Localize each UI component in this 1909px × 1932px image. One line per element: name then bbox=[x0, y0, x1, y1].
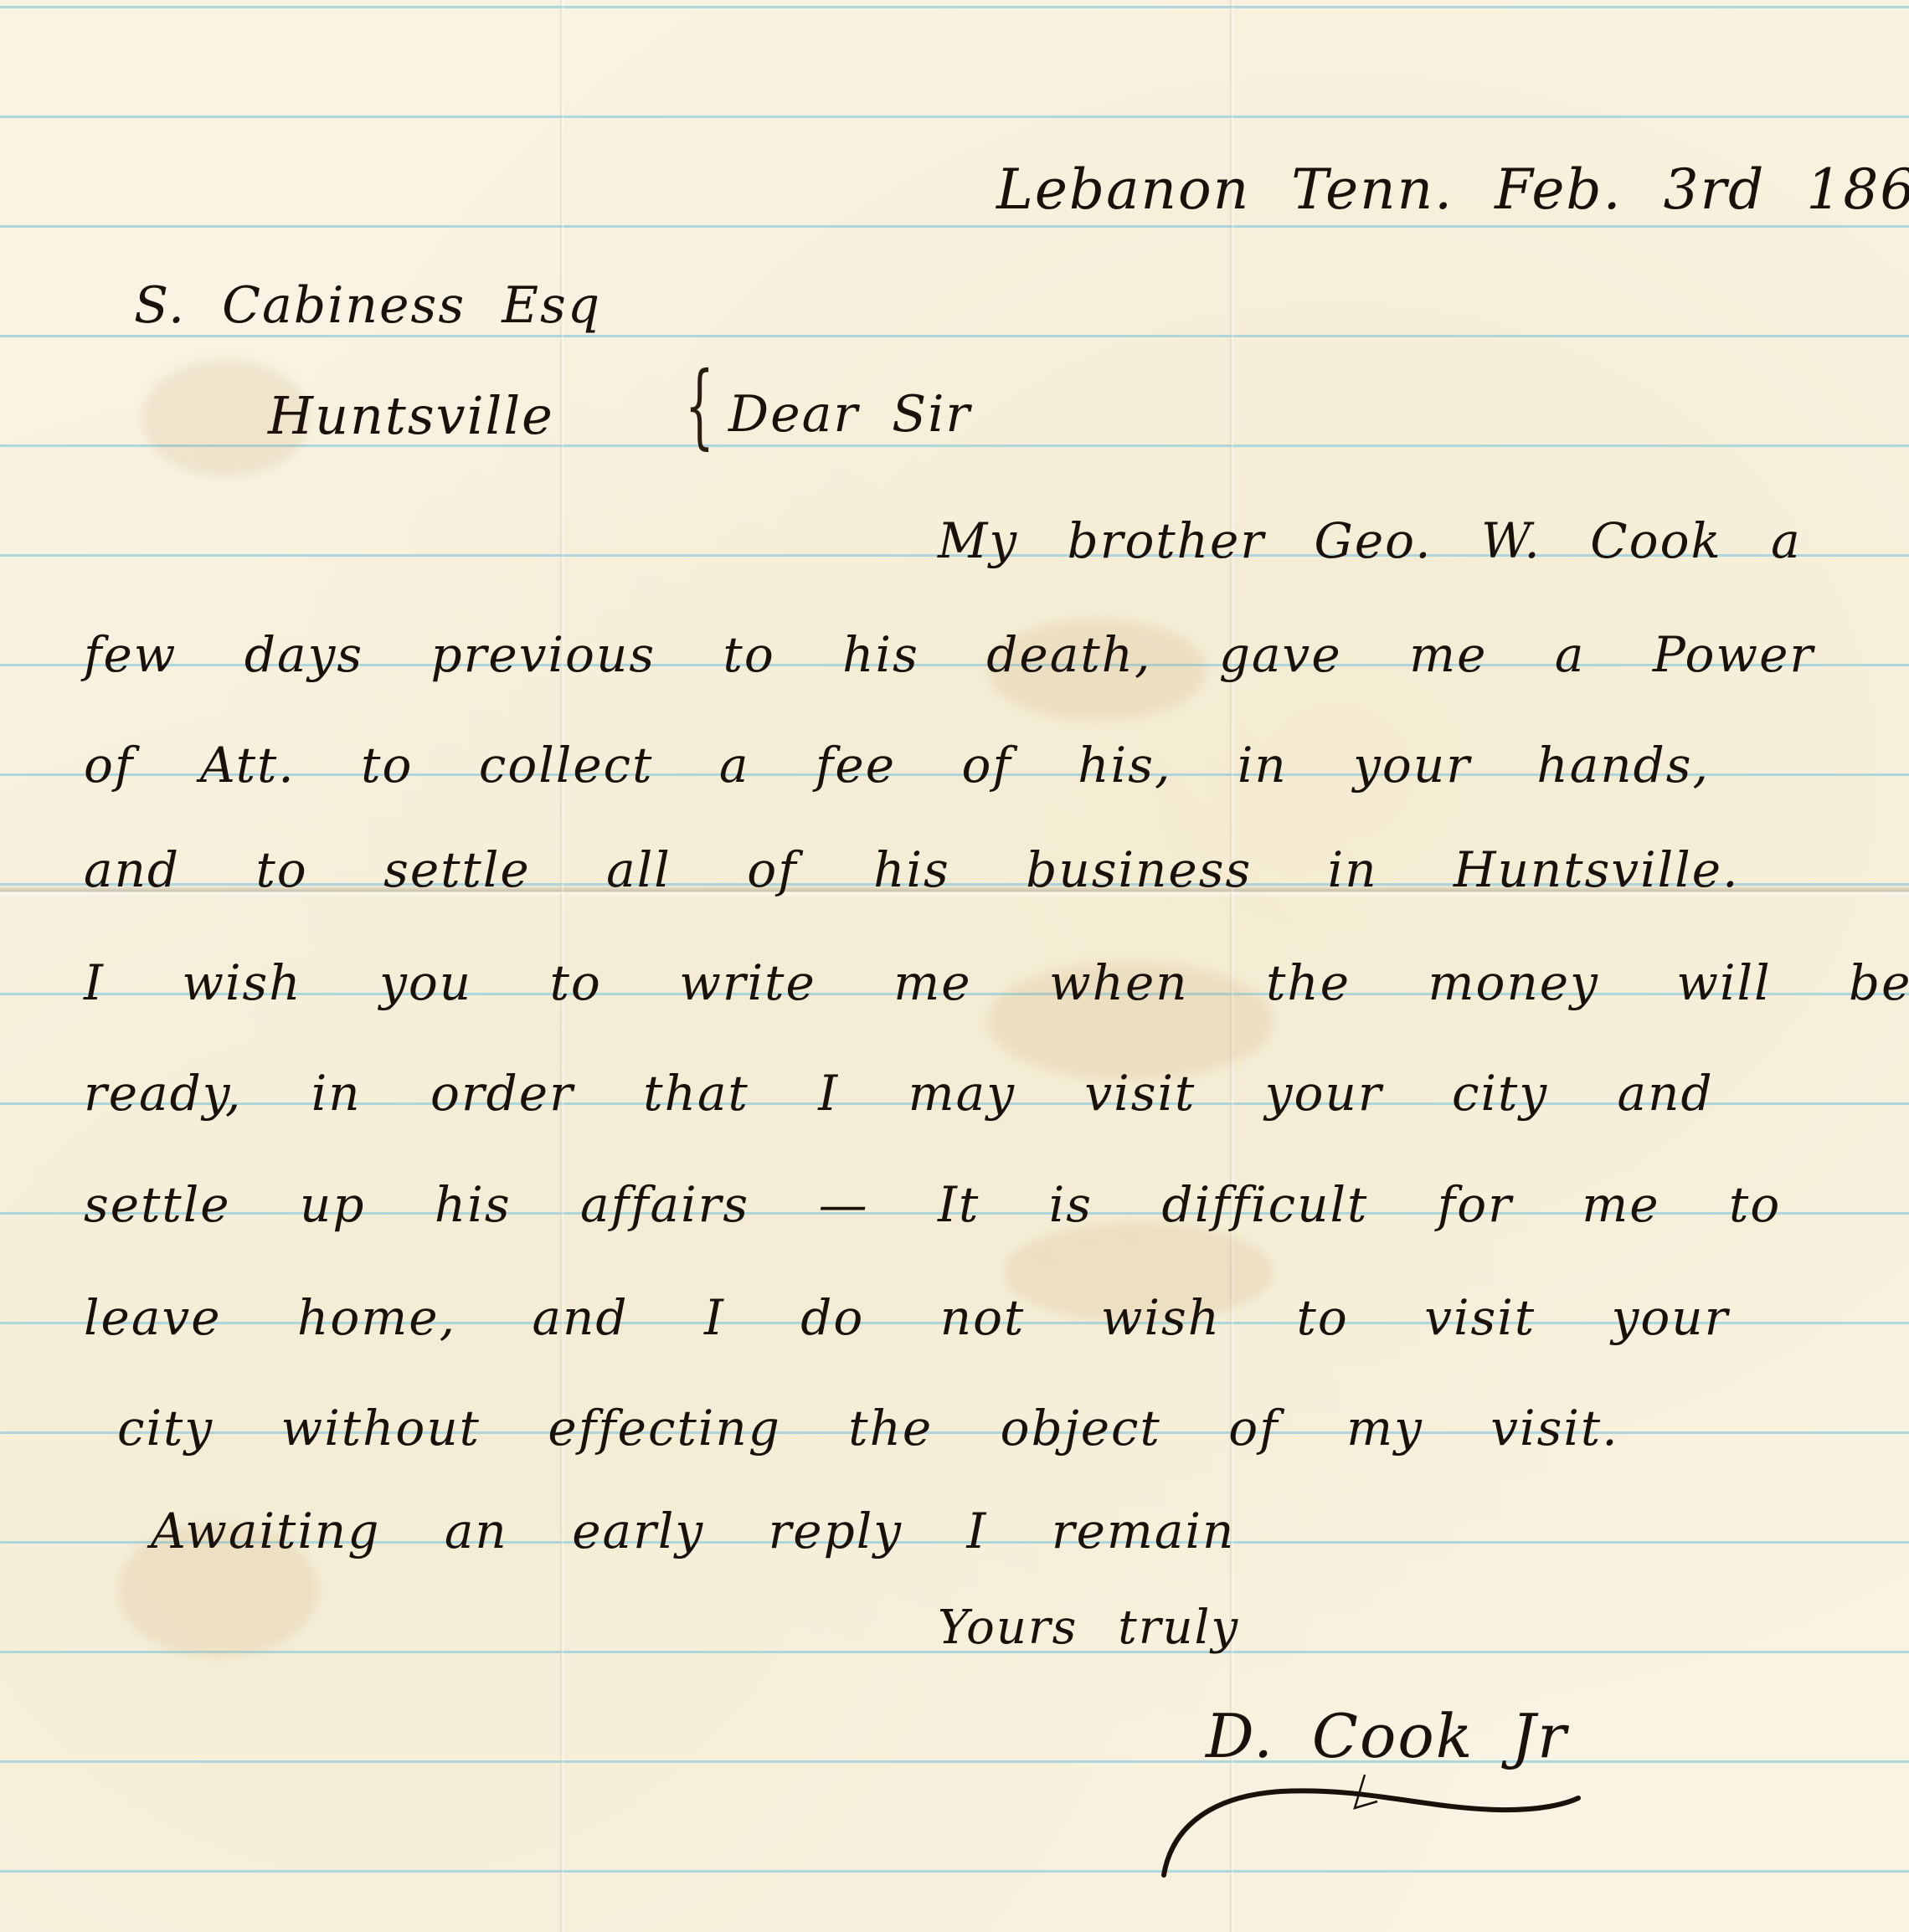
body-line: My brother Geo. W. Cook a bbox=[938, 512, 1802, 569]
body-line: of Att. to collect a fee of his, in your… bbox=[84, 737, 1710, 794]
brace-mark: { bbox=[685, 352, 715, 459]
addressee-name: S. Cabiness Esq bbox=[134, 276, 601, 335]
body-line: few days previous to his death, gave me … bbox=[84, 626, 1814, 683]
complimentary-close: Yours truly bbox=[938, 1601, 1239, 1655]
body-line: leave home, and I do not wish to visit y… bbox=[84, 1289, 1729, 1346]
letter-page: Lebanon Tenn. Feb. 3rd 1862 S. Cabiness … bbox=[0, 0, 1909, 1932]
signature-flourish-icon bbox=[1147, 1758, 1582, 1883]
body-line: I wish you to write me when the money wi… bbox=[84, 954, 1909, 1011]
addressee-place: Huntsville bbox=[268, 385, 554, 446]
body-line: settle up his affairs — It is difficult … bbox=[84, 1176, 1781, 1233]
place-and-date: Lebanon Tenn. Feb. 3rd 1862 bbox=[996, 157, 1909, 222]
body-line: and to settle all of his business in Hun… bbox=[84, 841, 1740, 898]
body-line: city without effecting the object of my … bbox=[117, 1400, 1619, 1457]
closing-line: Awaiting an early reply I remain bbox=[151, 1503, 1235, 1559]
body-line: ready, in order that I may visit your ci… bbox=[84, 1065, 1714, 1122]
salutation: Dear Sir bbox=[728, 385, 971, 444]
